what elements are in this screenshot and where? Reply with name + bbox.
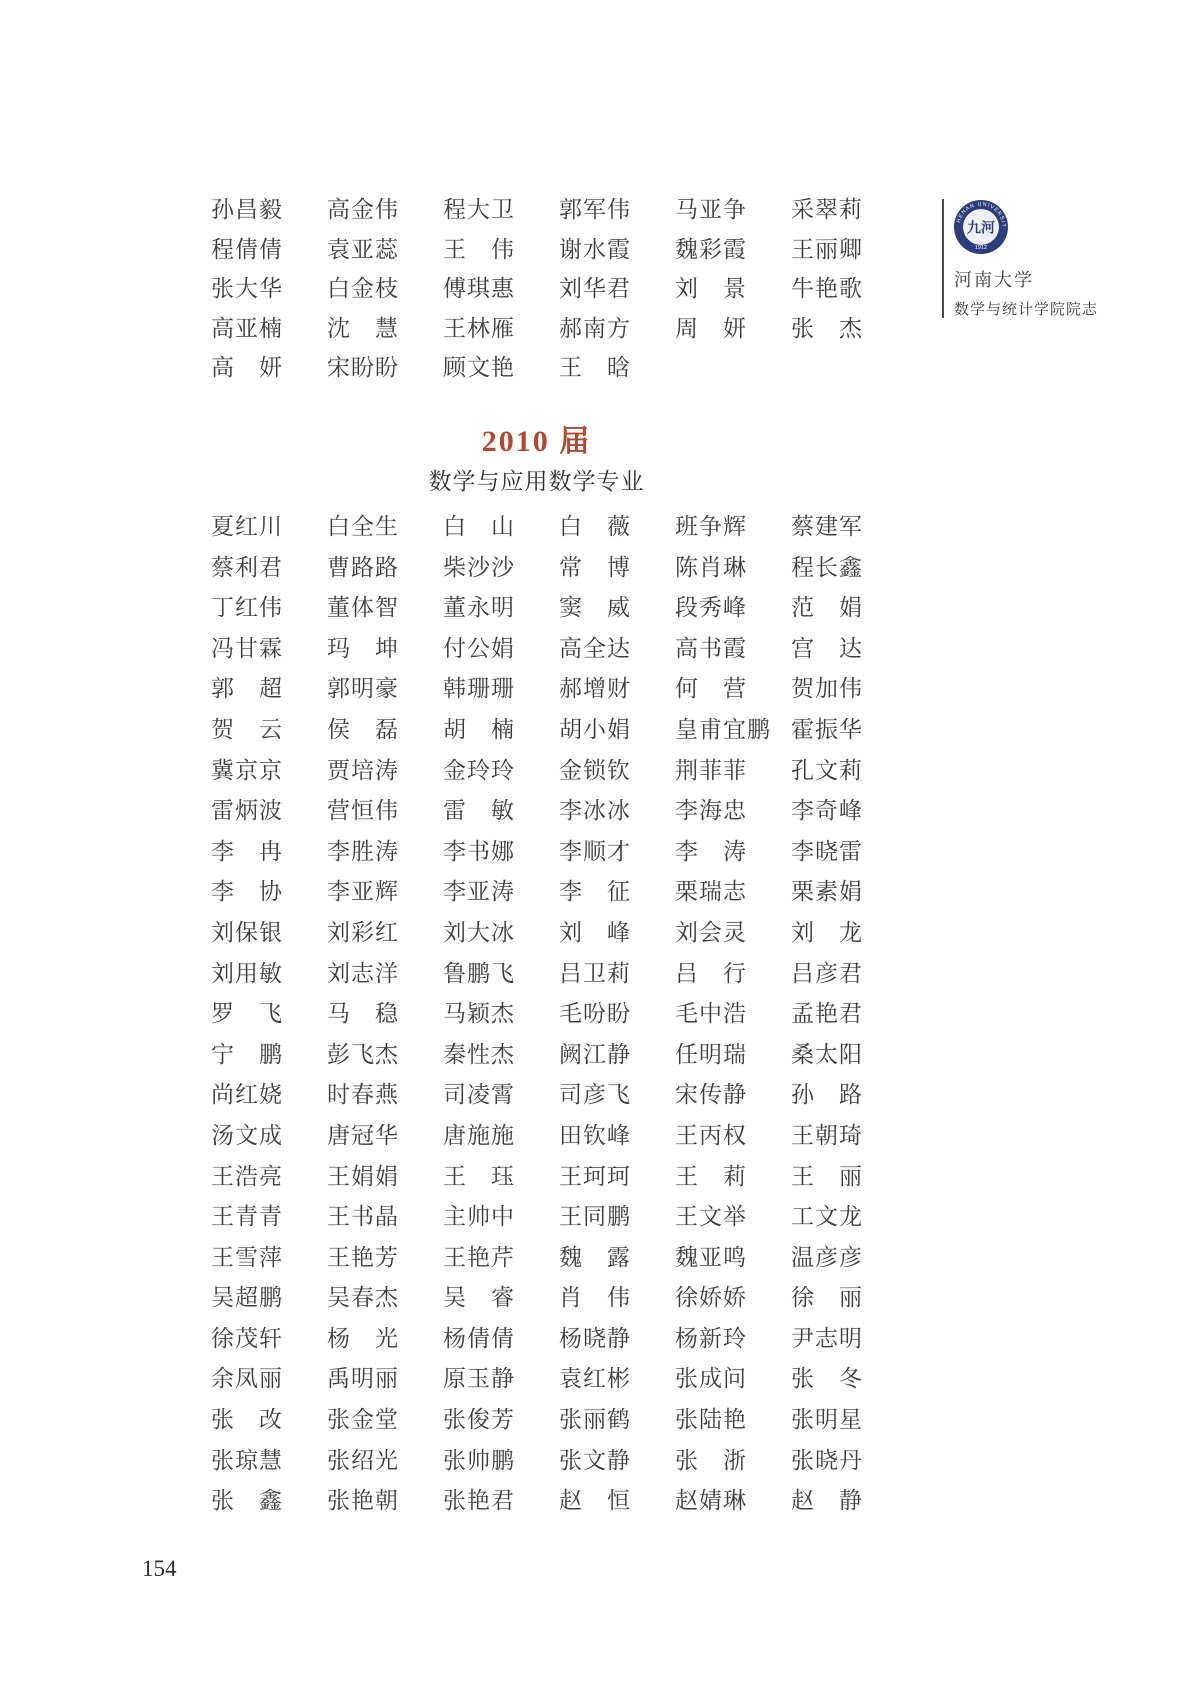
student-name: 沈 慧 xyxy=(327,311,443,351)
student-name: 宁 鹏 xyxy=(211,1037,327,1078)
student-name: 高亚楠 xyxy=(211,311,327,351)
student-name: 刘 景 xyxy=(675,271,791,311)
student-name: 韩珊珊 xyxy=(443,671,559,712)
student-name: 胡 楠 xyxy=(443,712,559,753)
page-number: 154 xyxy=(142,1556,177,1582)
student-name: 徐娇娇 xyxy=(675,1280,791,1321)
student-name: 杨新玲 xyxy=(675,1321,791,1362)
student-name: 杨倩倩 xyxy=(443,1321,559,1362)
student-name: 孙昌毅 xyxy=(211,192,327,232)
student-name: 栗瑞志 xyxy=(675,874,791,915)
student-name: 司凌霄 xyxy=(443,1077,559,1118)
student-name: 袁红彬 xyxy=(559,1361,675,1402)
student-name: 金锁钦 xyxy=(559,753,675,794)
student-name: 高全达 xyxy=(559,631,675,672)
student-name: 刘会灵 xyxy=(675,915,791,956)
student-name: 宫 达 xyxy=(791,631,907,672)
student-name: 李冰冰 xyxy=(559,793,675,834)
student-name: 王文举 xyxy=(675,1199,791,1240)
student-name: 白 山 xyxy=(443,509,559,550)
student-name: 李书娜 xyxy=(443,834,559,875)
student-name: 玛 坤 xyxy=(327,631,443,672)
student-name: 杨晓静 xyxy=(559,1321,675,1362)
student-name: 王 莉 xyxy=(675,1159,791,1200)
student-name: 张 杰 xyxy=(791,311,907,351)
student-name: 尚红娆 xyxy=(211,1077,327,1118)
student-name: 郝增财 xyxy=(559,671,675,712)
student-name: 彭飞杰 xyxy=(327,1037,443,1078)
student-name: 刘大冰 xyxy=(443,915,559,956)
student-name: 工文龙 xyxy=(791,1199,907,1240)
student-name: 刘志洋 xyxy=(327,956,443,997)
seal-year-text: 1912 xyxy=(975,245,987,251)
student-name: 唐冠华 xyxy=(327,1118,443,1159)
student-name: 白全生 xyxy=(327,509,443,550)
student-name: 柴沙沙 xyxy=(443,550,559,591)
student-name: 主帅中 xyxy=(443,1199,559,1240)
student-name: 毛中浩 xyxy=(675,996,791,1037)
student-name: 张俊芳 xyxy=(443,1402,559,1443)
student-name: 张艳君 xyxy=(443,1483,559,1524)
student-name: 王朝琦 xyxy=(791,1118,907,1159)
section-subtitle: 数学与应用数学专业 xyxy=(211,463,862,496)
student-name: 刘华君 xyxy=(559,271,675,311)
sidebar-divider-line xyxy=(942,199,944,318)
student-name: 徐 丽 xyxy=(791,1280,907,1321)
student-name: 马亚争 xyxy=(675,192,791,232)
student-name: 张成问 xyxy=(675,1361,791,1402)
student-name: 荆菲菲 xyxy=(675,753,791,794)
student-name: 程倩倩 xyxy=(211,232,327,272)
student-name: 程大卫 xyxy=(443,192,559,232)
student-name: 刘 峰 xyxy=(559,915,675,956)
student-name: 孟艳君 xyxy=(791,996,907,1037)
student-name: 徐茂轩 xyxy=(211,1321,327,1362)
student-name: 吴超鹏 xyxy=(211,1280,327,1321)
student-name: 刘保银 xyxy=(211,915,327,956)
student-name: 李晓雷 xyxy=(791,834,907,875)
student-name: 刘用敏 xyxy=(211,956,327,997)
student-name: 毛吩盼 xyxy=(559,996,675,1037)
student-name: 肖 伟 xyxy=(559,1280,675,1321)
student-name: 王林雁 xyxy=(443,311,559,351)
student-name: 皇甫宜鹏 xyxy=(675,712,791,753)
student-name: 赵婧琳 xyxy=(675,1483,791,1524)
student-name: 周 妍 xyxy=(675,311,791,351)
student-name: 白金枝 xyxy=(327,271,443,311)
student-name: 禹明丽 xyxy=(327,1361,443,1402)
student-name: 吕 行 xyxy=(675,956,791,997)
student-name: 李 涛 xyxy=(675,834,791,875)
henan-university-seal-icon: HENAN UNIVERSITY 1912 九河 xyxy=(953,199,1009,255)
student-name: 张金堂 xyxy=(327,1402,443,1443)
student-name: 温彦彦 xyxy=(791,1240,907,1281)
student-name: 吕卫莉 xyxy=(559,956,675,997)
student-name: 时春燕 xyxy=(327,1077,443,1118)
student-name: 胡小娟 xyxy=(559,712,675,753)
student-name: 唐施施 xyxy=(443,1118,559,1159)
student-name: 司彦飞 xyxy=(559,1077,675,1118)
student-name: 王丙权 xyxy=(675,1118,791,1159)
student-name: 张文静 xyxy=(559,1443,675,1484)
student-name: 尹志明 xyxy=(791,1321,907,1362)
student-name: 宋盼盼 xyxy=(327,350,443,390)
student-name: 李顺才 xyxy=(559,834,675,875)
student-name: 张帅鹏 xyxy=(443,1443,559,1484)
student-name: 魏彩霞 xyxy=(675,232,791,272)
student-name: 孙 路 xyxy=(791,1077,907,1118)
yearbook-page: 孙昌毅高金伟程大卫郭军伟马亚争采翠莉程倩倩袁亚蕊王 伟谢水霞魏彩霞王丽卿张大华白… xyxy=(0,0,1190,1684)
student-name: 王 珏 xyxy=(443,1159,559,1200)
student-name: 贺 云 xyxy=(211,712,327,753)
student-name: 栗素娟 xyxy=(791,874,907,915)
student-name: 杨 光 xyxy=(327,1321,443,1362)
student-name: 张 鑫 xyxy=(211,1483,327,1524)
student-name: 李 征 xyxy=(559,874,675,915)
student-name: 白 薇 xyxy=(559,509,675,550)
student-name: 赵 静 xyxy=(791,1483,907,1524)
previous-section-name-grid: 孙昌毅高金伟程大卫郭军伟马亚争采翠莉程倩倩袁亚蕊王 伟谢水霞魏彩霞王丽卿张大华白… xyxy=(211,192,907,390)
student-name: 刘彩红 xyxy=(327,915,443,956)
student-name: 范 娟 xyxy=(791,590,907,631)
sidebar-book-title: 数学与统计学院院志 xyxy=(954,298,1098,319)
student-name: 吕彦君 xyxy=(791,956,907,997)
student-name: 郝南方 xyxy=(559,311,675,351)
student-name: 张丽鹤 xyxy=(559,1402,675,1443)
student-name: 郭明豪 xyxy=(327,671,443,712)
student-name: 刘 龙 xyxy=(791,915,907,956)
student-name: 牛艳歌 xyxy=(791,271,907,311)
student-name: 王丽卿 xyxy=(791,232,907,272)
student-name: 鲁鹏飞 xyxy=(443,956,559,997)
student-name: 魏亚鸣 xyxy=(675,1240,791,1281)
student-name: 阙江静 xyxy=(559,1037,675,1078)
student-name: 何 营 xyxy=(675,671,791,712)
student-name: 王艳芳 xyxy=(327,1240,443,1281)
student-name: 张明星 xyxy=(791,1402,907,1443)
student-name: 李海忠 xyxy=(675,793,791,834)
student-name: 王书晶 xyxy=(327,1199,443,1240)
student-name: 宋传静 xyxy=(675,1077,791,1118)
student-name: 李 冉 xyxy=(211,834,327,875)
student-name: 罗 飞 xyxy=(211,996,327,1037)
student-name: 蔡建军 xyxy=(791,509,907,550)
student-name: 张艳朝 xyxy=(327,1483,443,1524)
student-name: 袁亚蕊 xyxy=(327,232,443,272)
student-name: 高金伟 xyxy=(327,192,443,232)
student-name: 马 稳 xyxy=(327,996,443,1037)
student-name: 秦性杰 xyxy=(443,1037,559,1078)
student-name: 董体智 xyxy=(327,590,443,631)
student-name: 桑太阳 xyxy=(791,1037,907,1078)
student-name: 王同鹏 xyxy=(559,1199,675,1240)
student-name: 雷炳波 xyxy=(211,793,327,834)
student-name: 李亚涛 xyxy=(443,874,559,915)
student-name: 王青青 xyxy=(211,1199,327,1240)
student-name: 程长鑫 xyxy=(791,550,907,591)
student-name: 谢水霞 xyxy=(559,232,675,272)
student-name: 王珂珂 xyxy=(559,1159,675,1200)
student-name: 李 协 xyxy=(211,874,327,915)
student-name: 郭 超 xyxy=(211,671,327,712)
student-name: 采翠莉 xyxy=(791,192,907,232)
student-name: 张大华 xyxy=(211,271,327,311)
student-name: 王娟娟 xyxy=(327,1159,443,1200)
student-name: 高书霞 xyxy=(675,631,791,672)
student-name: 张 浙 xyxy=(675,1443,791,1484)
student-name: 段秀峰 xyxy=(675,590,791,631)
student-name: 夏红川 xyxy=(211,509,327,550)
student-name: 王 晗 xyxy=(559,350,675,390)
sidebar-university-name: 河南大学 xyxy=(954,266,1034,292)
student-name: 汤文成 xyxy=(211,1118,327,1159)
student-name: 雷 敏 xyxy=(443,793,559,834)
student-name: 吴 睿 xyxy=(443,1280,559,1321)
student-name: 陈肖琳 xyxy=(675,550,791,591)
student-name: 张绍光 xyxy=(327,1443,443,1484)
student-name: 张琼慧 xyxy=(211,1443,327,1484)
student-name: 班争辉 xyxy=(675,509,791,550)
student-name: 余凤丽 xyxy=(211,1361,327,1402)
student-name: 马颖杰 xyxy=(443,996,559,1037)
student-name: 曹路路 xyxy=(327,550,443,591)
student-name: 任明瑞 xyxy=(675,1037,791,1078)
student-name: 王浩亮 xyxy=(211,1159,327,1200)
student-name: 付公娟 xyxy=(443,631,559,672)
student-name: 董永明 xyxy=(443,590,559,631)
student-name: 王 伟 xyxy=(443,232,559,272)
student-name: 贺加伟 xyxy=(791,671,907,712)
student-name: 贾培涛 xyxy=(327,753,443,794)
student-name: 张晓丹 xyxy=(791,1443,907,1484)
student-name: 田钦峰 xyxy=(559,1118,675,1159)
class-2010-name-grid: 夏红川白全生白 山白 薇班争辉蔡建军蔡利君曹路路柴沙沙常 博陈肖琳程长鑫丁红伟董… xyxy=(211,509,907,1524)
student-name: 丁红伟 xyxy=(211,590,327,631)
student-name: 高 妍 xyxy=(211,350,327,390)
seal-center-glyph: 九河 xyxy=(967,221,995,237)
student-name: 顾文艳 xyxy=(443,350,559,390)
student-name: 李奇峰 xyxy=(791,793,907,834)
student-name: 张 改 xyxy=(211,1402,327,1443)
student-name: 李亚辉 xyxy=(327,874,443,915)
student-name: 王艳芹 xyxy=(443,1240,559,1281)
student-name: 营恒伟 xyxy=(327,793,443,834)
student-name: 冯甘霖 xyxy=(211,631,327,672)
student-name: 张陆艳 xyxy=(675,1402,791,1443)
student-name: 王雪萍 xyxy=(211,1240,327,1281)
student-name: 张 冬 xyxy=(791,1361,907,1402)
student-name: 常 博 xyxy=(559,550,675,591)
student-name: 冀京京 xyxy=(211,753,327,794)
student-name: 侯 磊 xyxy=(327,712,443,753)
student-name: 蔡利君 xyxy=(211,550,327,591)
student-name: 原玉静 xyxy=(443,1361,559,1402)
student-name: 魏 露 xyxy=(559,1240,675,1281)
student-name: 傅琪惠 xyxy=(443,271,559,311)
student-name: 郭军伟 xyxy=(559,192,675,232)
student-name: 李胜涛 xyxy=(327,834,443,875)
student-name: 窦 威 xyxy=(559,590,675,631)
student-name: 王 丽 xyxy=(791,1159,907,1200)
student-name: 孔文莉 xyxy=(791,753,907,794)
student-name: 赵 恒 xyxy=(559,1483,675,1524)
student-name: 金玲玲 xyxy=(443,753,559,794)
student-name: 霍振华 xyxy=(791,712,907,753)
student-name: 吴春杰 xyxy=(327,1280,443,1321)
section-title: 2010 届 xyxy=(211,416,862,460)
